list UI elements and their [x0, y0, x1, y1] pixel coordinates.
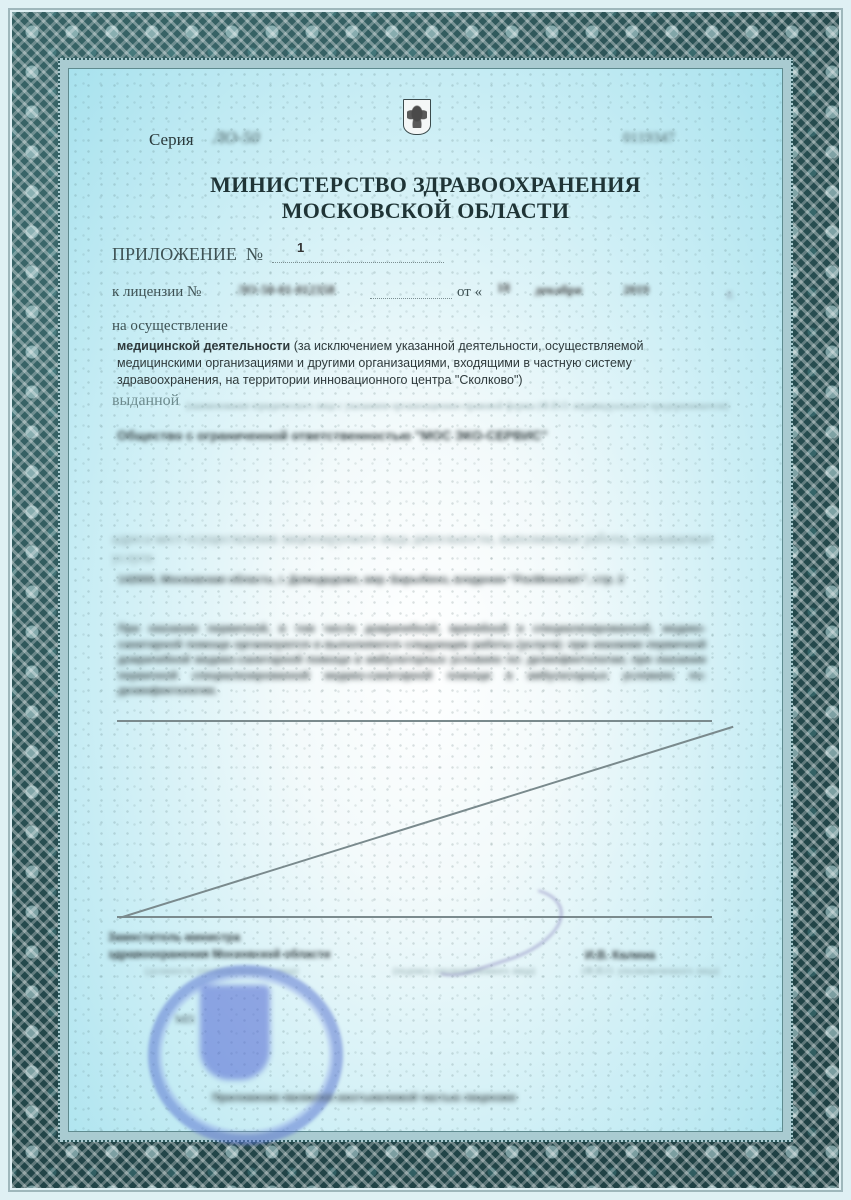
stamp-emblem-icon: [200, 985, 270, 1080]
strike-bottom-line: [117, 916, 712, 918]
license-day: 18: [497, 280, 510, 296]
activity-text: медицинской деятельности (за исключением…: [117, 338, 717, 389]
issued-label: выданной: [112, 392, 179, 410]
license-number: ЛО-50-01-012358: [237, 282, 335, 298]
license-year: 2019: [623, 282, 649, 298]
addresses-label: адреса мест осуществления лицензируемого…: [112, 530, 742, 568]
services-text: При оказании первичной, в том числе довр…: [118, 622, 706, 700]
license-year-suffix: г.: [727, 286, 734, 302]
strike-top-line: [117, 720, 712, 722]
hint-signature: (подпись уполномоченного лица): [393, 966, 535, 977]
ministry-title-line2: МОСКОВСКОЙ ОБЛАСТИ: [0, 198, 851, 224]
address-text: 142000, Московская область, г. Домодедов…: [118, 572, 638, 588]
license-label: к лицензии №: [112, 284, 201, 301]
signatory-position: Заместитель министра здравоохранения Мос…: [108, 930, 330, 964]
activity-label: на осуществление: [112, 318, 228, 335]
footer-note: Приложение является неотъемлемой частью …: [212, 1092, 516, 1104]
organization-name: Общество с ограниченной ответственностью…: [117, 428, 548, 443]
hint-name: (Ф.И.О. уполномоченного лица): [582, 966, 719, 977]
ministry-title-line1: МИНИСТЕРСТВО ЗДРАВООХРАНЕНИЯ: [0, 172, 851, 198]
signatory-name: И.В. Калина: [585, 948, 655, 962]
series-label: Серия: [149, 130, 194, 150]
license-appendix-document: Серия ЛО-50 0119347 МИНИСТЕРСТВО ЗДРАВОО…: [0, 0, 851, 1200]
issued-hint: (наименование юридического лица с указан…: [186, 397, 746, 416]
appendix-label: ПРИЛОЖЕНИЕ №: [112, 244, 263, 265]
form-number: 0119347: [623, 130, 675, 147]
stamp-mp-label: МП: [175, 1012, 194, 1027]
appendix-number: 1: [297, 240, 304, 255]
coat-of-arms-icon: [403, 99, 431, 135]
license-from-label: от «: [457, 284, 482, 301]
series-value: ЛО-50: [213, 128, 259, 148]
license-month: декабря: [535, 282, 582, 298]
